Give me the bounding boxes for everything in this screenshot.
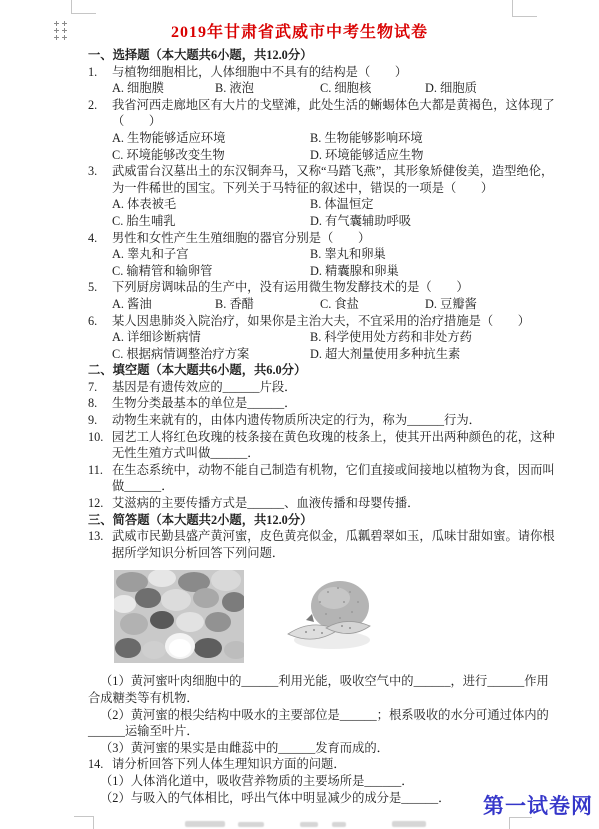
- sub-question: （3）黄河蜜的果实是由雌蕊中的______发育而成的．: [88, 740, 558, 757]
- answer-option: C. 细胞核: [320, 80, 425, 97]
- section-heading: 三、简答题（本大题共2小题，共12.0分）: [88, 512, 558, 529]
- question-body: 我省河西走廊地区有大片的戈壁滩，此处生活的蜥蜴体色大都是黄褐色，这体现了（ ）A…: [112, 97, 558, 163]
- answer-option: B. 体温恒定: [310, 196, 558, 213]
- question-number: 1.: [88, 64, 112, 97]
- question-number: 10.: [88, 429, 112, 462]
- answer-option: D. 超大剂量使用多种抗生素: [310, 346, 558, 363]
- sub-question: （1）黄河蜜叶肉细胞中的______利用光能，吸收空气中的______，进行__…: [88, 673, 558, 706]
- question-number: 11.: [88, 462, 112, 495]
- question-text: 武威市民勤县盛产黄河蜜，皮色黄亮似金，瓜瓤碧翠如玉，瓜味甘甜如蜜。请你根据所学知…: [112, 528, 558, 561]
- question-body: 动物生来就有的，由体内遗传物质所决定的行为，称为______行为．: [112, 412, 558, 429]
- question-8: 8.生物分类最基本的单位是______．: [88, 395, 558, 412]
- question-4: 4.男性和女性产生生殖细胞的器官分别是（ ）A. 睾丸和子宫B. 睾丸和卵巢C.…: [88, 230, 558, 280]
- answer-option: D. 环境能够适应生物: [310, 147, 558, 164]
- melon-field-photo: [114, 570, 244, 663]
- question-text: 男性和女性产生生殖细胞的器官分别是（ ）: [112, 230, 558, 247]
- answer-option: B. 液泡: [215, 80, 320, 97]
- question-figures: [114, 570, 558, 663]
- answer-options: A. 生物能够适应环境B. 生物能够影响环境C. 环境能够改变生物D. 环境能够…: [112, 130, 558, 163]
- question-text: 艾滋病的主要传播方式是______、血液传播和母婴传播．: [112, 495, 558, 512]
- answer-option: B. 科学使用处方药和非处方药: [310, 329, 558, 346]
- question-number: 8.: [88, 395, 112, 412]
- question-number: 2.: [88, 97, 112, 163]
- answer-option: D. 细胞质: [425, 80, 558, 97]
- melon-fruit-photo: [280, 578, 375, 655]
- question-text: 基因是有遗传效应的______片段．: [112, 379, 558, 396]
- question-body: 生物分类最基本的单位是______．: [112, 395, 558, 412]
- question-9: 9.动物生来就有的，由体内遗传物质所决定的行为，称为______行为．: [88, 412, 558, 429]
- answer-option: C. 食盐: [320, 296, 425, 313]
- question-7: 7.基因是有遗传效应的______片段．: [88, 379, 558, 396]
- answer-option: C. 输精管和输卵管: [112, 263, 310, 280]
- answer-options: A. 酱油B. 香醋C. 食盐D. 豆瓣酱: [112, 296, 558, 313]
- footer-smudge: [332, 822, 346, 827]
- question-body: 与植物细胞相比，人体细胞中不具有的结构是（ ）A. 细胞膜B. 液泡C. 细胞核…: [112, 64, 558, 97]
- question-12: 12.艾滋病的主要传播方式是______、血液传播和母婴传播．: [88, 495, 558, 512]
- answer-option: C. 根据病情调整治疗方案: [112, 346, 310, 363]
- question-number: 7.: [88, 379, 112, 396]
- footer-smudge: [392, 821, 426, 827]
- sub-question: （1）人体消化道中，吸收营养物质的主要场所是______．: [88, 773, 558, 790]
- answer-options: A. 详细诊断病情B. 科学使用处方药和非处方药C. 根据病情调整治疗方案D. …: [112, 329, 558, 362]
- question-text: 生物分类最基本的单位是______．: [112, 395, 558, 412]
- answer-option: D. 有气囊辅助呼吸: [310, 213, 558, 230]
- footer-smudge: [238, 822, 264, 827]
- question-body: 在生态系统中，动物不能自己制造有机物，它们直接或间接地以植物为食，因而叫做___…: [112, 462, 558, 495]
- answer-option: A. 睾丸和子宫: [112, 246, 310, 263]
- question-number: 12.: [88, 495, 112, 512]
- answer-options: A. 体表被毛B. 体温恒定C. 胎生哺乳D. 有气囊辅助呼吸: [112, 196, 558, 229]
- question-13: 13.武威市民勤县盛产黄河蜜，皮色黄亮似金，瓜瓤碧翠如玉，瓜味甘甜如蜜。请你根据…: [88, 528, 558, 756]
- sub-question: （2）黄河蜜的根尖结构中吸水的主要部位是______；根系吸收的水分可通过体内的…: [88, 707, 558, 740]
- answer-option: D. 豆瓣酱: [425, 296, 558, 313]
- answer-option: A. 酱油: [112, 296, 215, 313]
- section-heading: 二、填空题（本大题共6小题，共6.0分）: [88, 362, 558, 379]
- margin-corner-mark: [71, 0, 96, 14]
- question-body: 艾滋病的主要传播方式是______、血液传播和母婴传播．: [112, 495, 558, 512]
- question-11: 11.在生态系统中，动物不能自己制造有机物，它们直接或间接地以植物为食，因而叫做…: [88, 462, 558, 495]
- question-body: 基因是有遗传效应的______片段．: [112, 379, 558, 396]
- answer-option: A. 细胞膜: [112, 80, 215, 97]
- question-number: 6.: [88, 313, 112, 363]
- question-number: 4.: [88, 230, 112, 280]
- section-heading: 一、选择题（本大题共6小题，共12.0分）: [88, 47, 558, 64]
- question-text: 园艺工人将红色玫瑰的枝条接在黄色玫瑰的枝条上，使其开出两种颜色的花，这种无性生殖…: [112, 429, 558, 462]
- question-2: 2.我省河西走廊地区有大片的戈壁滩，此处生活的蜥蜴体色大都是黄褐色，这体现了（ …: [88, 97, 558, 163]
- question-text: 我省河西走廊地区有大片的戈壁滩，此处生活的蜥蜴体色大都是黄褐色，这体现了（ ）: [112, 97, 558, 130]
- answer-option: D. 精囊腺和卵巢: [310, 263, 558, 280]
- question-text: 请分析回答下列人体生理知识方面的问题．: [112, 756, 558, 773]
- exam-content: 一、选择题（本大题共6小题，共12.0分）1.与植物细胞相比，人体细胞中不具有的…: [88, 47, 558, 806]
- question-text: 与植物细胞相比，人体细胞中不具有的结构是（ ）: [112, 64, 558, 81]
- footer-smudge: [300, 822, 318, 827]
- footer-smudge: [185, 821, 225, 827]
- answer-option: A. 生物能够适应环境: [112, 130, 310, 147]
- question-body: 武威市民勤县盛产黄河蜜，皮色黄亮似金，瓜瓤碧翠如玉，瓜味甘甜如蜜。请你根据所学知…: [112, 528, 558, 756]
- site-watermark: 第一试卷网: [483, 790, 593, 820]
- answer-option: B. 睾丸和卵巢: [310, 246, 558, 263]
- exam-paper-page: 2019年甘肃省武威市中考生物试卷 一、选择题（本大题共6小题，共12.0分）1…: [0, 0, 599, 829]
- question-body: 某人因患肺炎入院治疗，如果你是主治大夫，不宜采用的治疗措施是（ ）A. 详细诊断…: [112, 313, 558, 363]
- answer-option: A. 详细诊断病情: [112, 329, 310, 346]
- question-body: 园艺工人将红色玫瑰的枝条接在黄色玫瑰的枝条上，使其开出两种颜色的花，这种无性生殖…: [112, 429, 558, 462]
- answer-option: B. 生物能够影响环境: [310, 130, 558, 147]
- margin-corner-mark: [74, 816, 94, 829]
- question-3: 3.武威雷台汉墓出土的东汉铜奔马，又称“马踏飞燕”，其形象矫健俊美，造型绝伦，为…: [88, 163, 558, 229]
- margin-corner-mark: [512, 0, 537, 17]
- question-text: 某人因患肺炎入院治疗，如果你是主治大夫，不宜采用的治疗措施是（ ）: [112, 313, 558, 330]
- answer-option: C. 环境能够改变生物: [112, 147, 310, 164]
- question-text: 动物生来就有的，由体内遗传物质所决定的行为，称为______行为．: [112, 412, 558, 429]
- question-body: 下列厨房调味品的生产中，没有运用微生物发酵技术的是（ ）A. 酱油B. 香醋C.…: [112, 279, 558, 312]
- question-number: 3.: [88, 163, 112, 229]
- question-10: 10.园艺工人将红色玫瑰的枝条接在黄色玫瑰的枝条上，使其开出两种颜色的花，这种无…: [88, 429, 558, 462]
- page-title: 2019年甘肃省武威市中考生物试卷: [0, 19, 599, 42]
- answer-option: C. 胎生哺乳: [112, 213, 310, 230]
- question-number: 5.: [88, 279, 112, 312]
- answer-options: A. 细胞膜B. 液泡C. 细胞核D. 细胞质: [112, 80, 558, 97]
- question-6: 6.某人因患肺炎入院治疗，如果你是主治大夫，不宜采用的治疗措施是（ ）A. 详细…: [88, 313, 558, 363]
- question-text: 下列厨房调味品的生产中，没有运用微生物发酵技术的是（ ）: [112, 279, 558, 296]
- question-number: 9.: [88, 412, 112, 429]
- question-1: 1.与植物细胞相比，人体细胞中不具有的结构是（ ）A. 细胞膜B. 液泡C. 细…: [88, 64, 558, 97]
- answer-option: B. 香醋: [215, 296, 320, 313]
- question-text: 在生态系统中，动物不能自己制造有机物，它们直接或间接地以植物为食，因而叫做___…: [112, 462, 558, 495]
- question-body: 男性和女性产生生殖细胞的器官分别是（ ）A. 睾丸和子宫B. 睾丸和卵巢C. 输…: [112, 230, 558, 280]
- question-body: 武威雷台汉墓出土的东汉铜奔马，又称“马踏飞燕”，其形象矫健俊美，造型绝伦，为一件…: [112, 163, 558, 229]
- answer-options: A. 睾丸和子宫B. 睾丸和卵巢C. 输精管和输卵管D. 精囊腺和卵巢: [112, 246, 558, 279]
- answer-option: A. 体表被毛: [112, 196, 310, 213]
- question-text: 武威雷台汉墓出土的东汉铜奔马，又称“马踏飞燕”，其形象矫健俊美，造型绝伦，为一件…: [112, 163, 558, 196]
- question-5: 5.下列厨房调味品的生产中，没有运用微生物发酵技术的是（ ）A. 酱油B. 香醋…: [88, 279, 558, 312]
